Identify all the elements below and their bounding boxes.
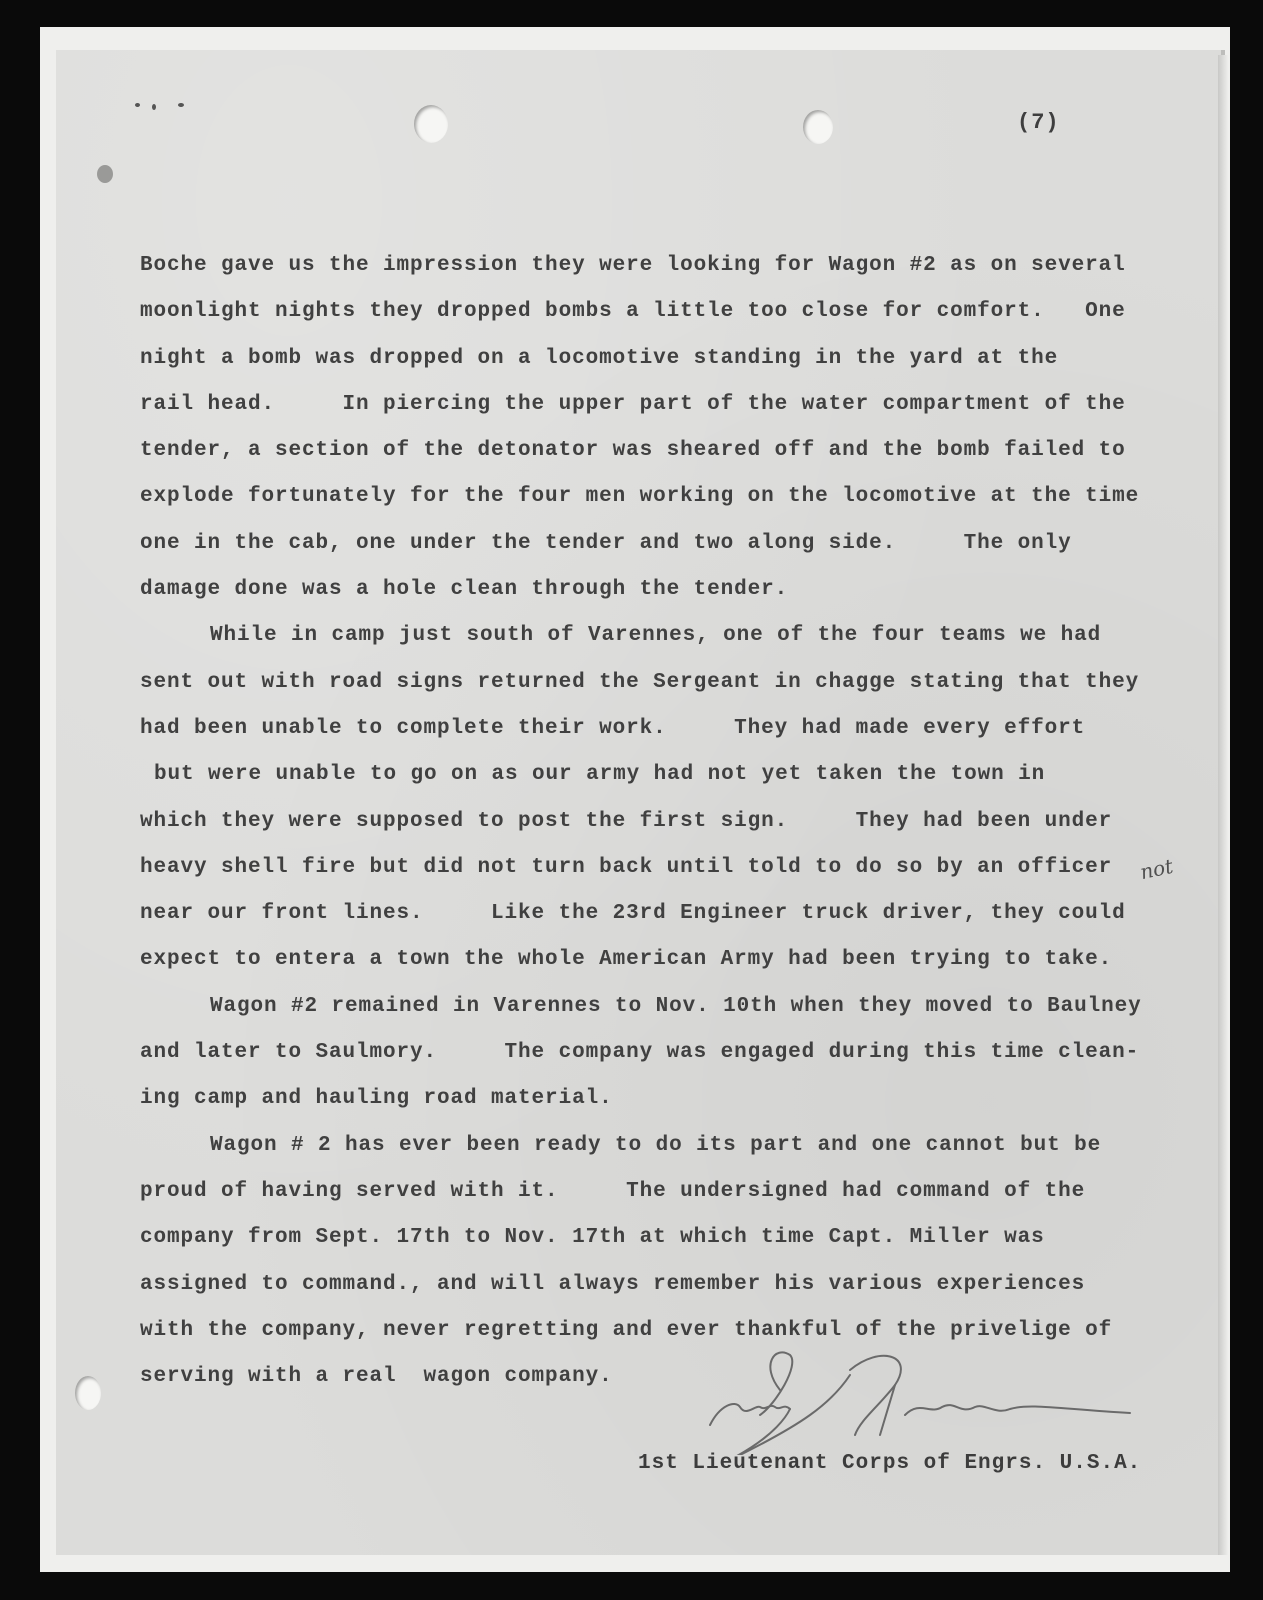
text-line: expect to entera a town the whole Americ… — [140, 937, 1180, 983]
text-line: assigned to command., and will always re… — [140, 1262, 1180, 1308]
ink-speck — [178, 103, 184, 107]
signature — [680, 1345, 1140, 1455]
tear-mark-icon — [97, 165, 113, 183]
text-line: tender, a section of the detonator was s… — [140, 428, 1180, 474]
ink-speck — [135, 103, 140, 107]
text-line: sent out with road signs returned the Se… — [140, 660, 1180, 706]
text-line: but were unable to go on as our army had… — [140, 752, 1180, 798]
punch-hole-icon — [803, 110, 833, 144]
text-line: moonlight nights they dropped bombs a li… — [140, 289, 1180, 335]
text-line: company from Sept. 17th to Nov. 17th at … — [140, 1215, 1180, 1261]
text-line: had been unable to complete their work. … — [140, 706, 1180, 752]
text-line: While in camp just south of Varennes, on… — [140, 613, 1180, 659]
handwritten-margin-note: not — [1138, 857, 1174, 881]
text-line: heavy shell fire but did not turn back u… — [140, 845, 1180, 891]
signature-icon — [680, 1345, 1140, 1455]
text-line: explode fortunately for the four men wor… — [140, 474, 1180, 520]
text-line: Boche gave us the impression they were l… — [140, 243, 1180, 289]
signature-title: 1st Lieutenant Corps of Engrs. U.S.A. — [638, 1452, 1141, 1475]
ink-speck — [152, 104, 156, 110]
text-line: rail head. In piercing the upper part of… — [140, 382, 1180, 428]
text-line: Wagon # 2 has ever been ready to do its … — [140, 1123, 1180, 1169]
text-line: Wagon #2 remained in Varennes to Nov. 10… — [140, 984, 1180, 1030]
text-line: which they were supposed to post the fir… — [140, 799, 1180, 845]
typed-body-text: Boche gave us the impression they were l… — [140, 243, 1180, 1400]
page-edge — [1218, 55, 1228, 1555]
text-line: near our front lines. Like the 23rd Engi… — [140, 891, 1180, 937]
page-number: (7) — [1017, 110, 1060, 135]
text-line: and later to Saulmory. The company was e… — [140, 1030, 1180, 1076]
text-line: damage done was a hole clean through the… — [140, 567, 1180, 613]
punch-hole-icon — [414, 105, 448, 143]
text-line: ing camp and hauling road material. — [140, 1076, 1180, 1122]
text-line: one in the cab, one under the tender and… — [140, 521, 1180, 567]
text-line: proud of having served with it. The unde… — [140, 1169, 1180, 1215]
text-line: night a bomb was dropped on a locomotive… — [140, 336, 1180, 382]
punch-hole-icon — [75, 1376, 101, 1410]
